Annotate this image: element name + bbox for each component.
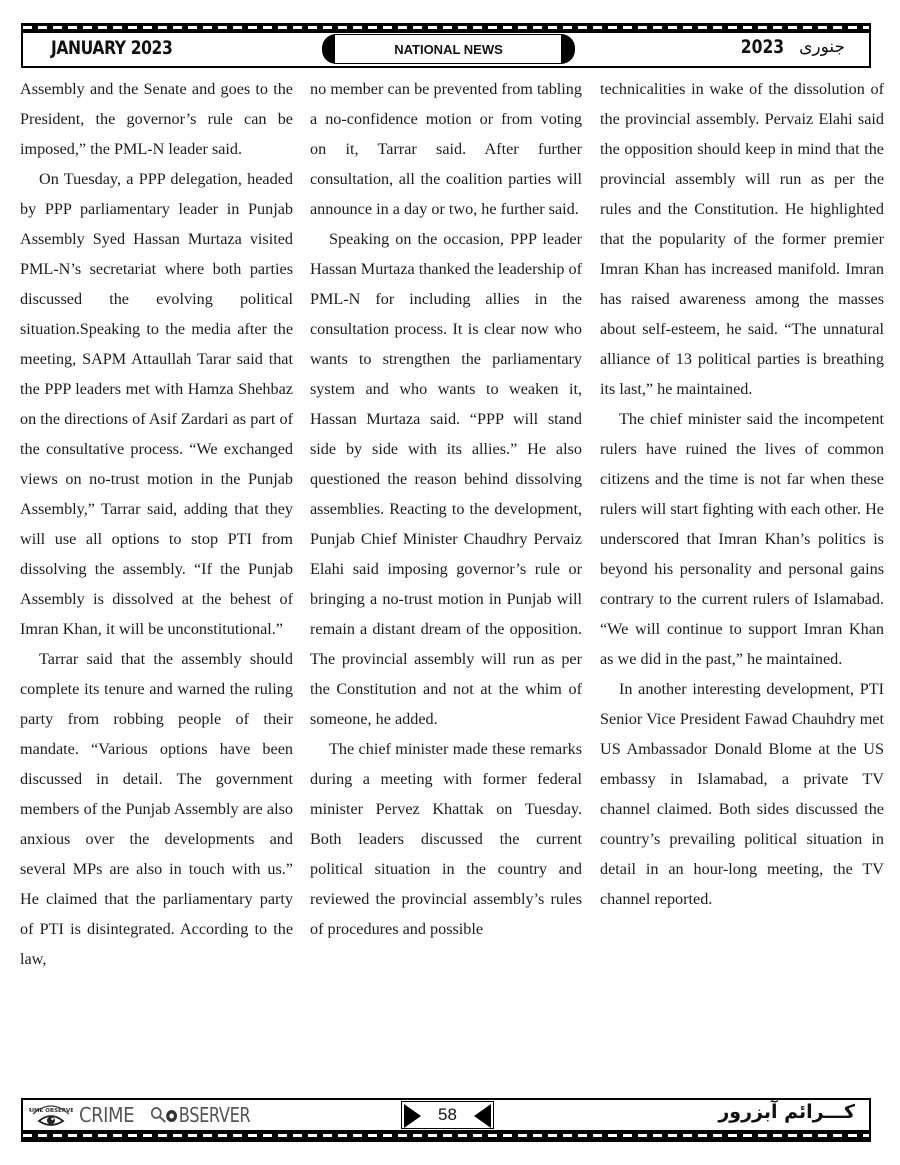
issue-month-urdu: جنوری <box>799 37 845 57</box>
section-badge: NATIONAL NEWS <box>322 34 575 64</box>
paragraph: Speaking on the occasion, PPP leader Has… <box>310 224 582 734</box>
logo-word-crime: CRIME <box>79 1103 134 1127</box>
footer-dashed-border <box>21 1130 871 1142</box>
article-column-3: technicalities in wake of the dissolutio… <box>600 74 884 1094</box>
urdu-publication-title: کـــرائم آبزرور <box>718 1101 855 1123</box>
section-title: NATIONAL NEWS <box>334 34 563 64</box>
paragraph: no member can be prevented from tabling … <box>310 74 582 224</box>
logo-word-observer: BSERVER <box>150 1103 258 1127</box>
page-number-box: 58 <box>401 1101 494 1129</box>
dash-pattern <box>23 26 869 29</box>
paragraph: Tarrar said that the assembly should com… <box>20 644 293 974</box>
paragraph: In another interesting development, PTI … <box>600 674 884 914</box>
paragraph: On Tuesday, a PPP delegation, headed by … <box>20 164 293 644</box>
svg-text:CRIME OBSERVER: CRIME OBSERVER <box>29 1108 73 1114</box>
logo-word-observer-text: BSERVER <box>179 1103 250 1127</box>
issue-date-urdu: 2023 جنوری <box>736 36 845 58</box>
page-header: JANUARY 2023 NATIONAL NEWS 2023 جنوری <box>21 33 871 68</box>
eye-badge-icon: CRIME OBSERVER <box>29 1102 73 1128</box>
article-column-2: no member can be prevented from tabling … <box>310 74 582 1094</box>
header-dashed-border <box>21 23 871 33</box>
paragraph: Assembly and the Senate and goes to the … <box>20 74 293 164</box>
article-column-1: Assembly and the Senate and goes to the … <box>20 74 293 1094</box>
magnifier-icon <box>150 1105 177 1125</box>
dash-pattern <box>23 1134 869 1137</box>
paragraph: The chief minister said the incompetent … <box>600 404 884 674</box>
issue-date-english: JANUARY 2023 <box>51 37 172 59</box>
badge-right-cap <box>561 34 575 64</box>
crime-observer-logo: CRIME OBSERVER CRIME BSERVER <box>29 1102 270 1128</box>
page-footer: CRIME OBSERVER CRIME BSERVER 58 کـــرائم… <box>21 1098 871 1130</box>
arrow-left-icon <box>474 1104 491 1128</box>
issue-year: 2023 <box>741 36 784 58</box>
paragraph: technicalities in wake of the dissolutio… <box>600 74 884 404</box>
paragraph: The chief minister made these remarks du… <box>310 734 582 944</box>
